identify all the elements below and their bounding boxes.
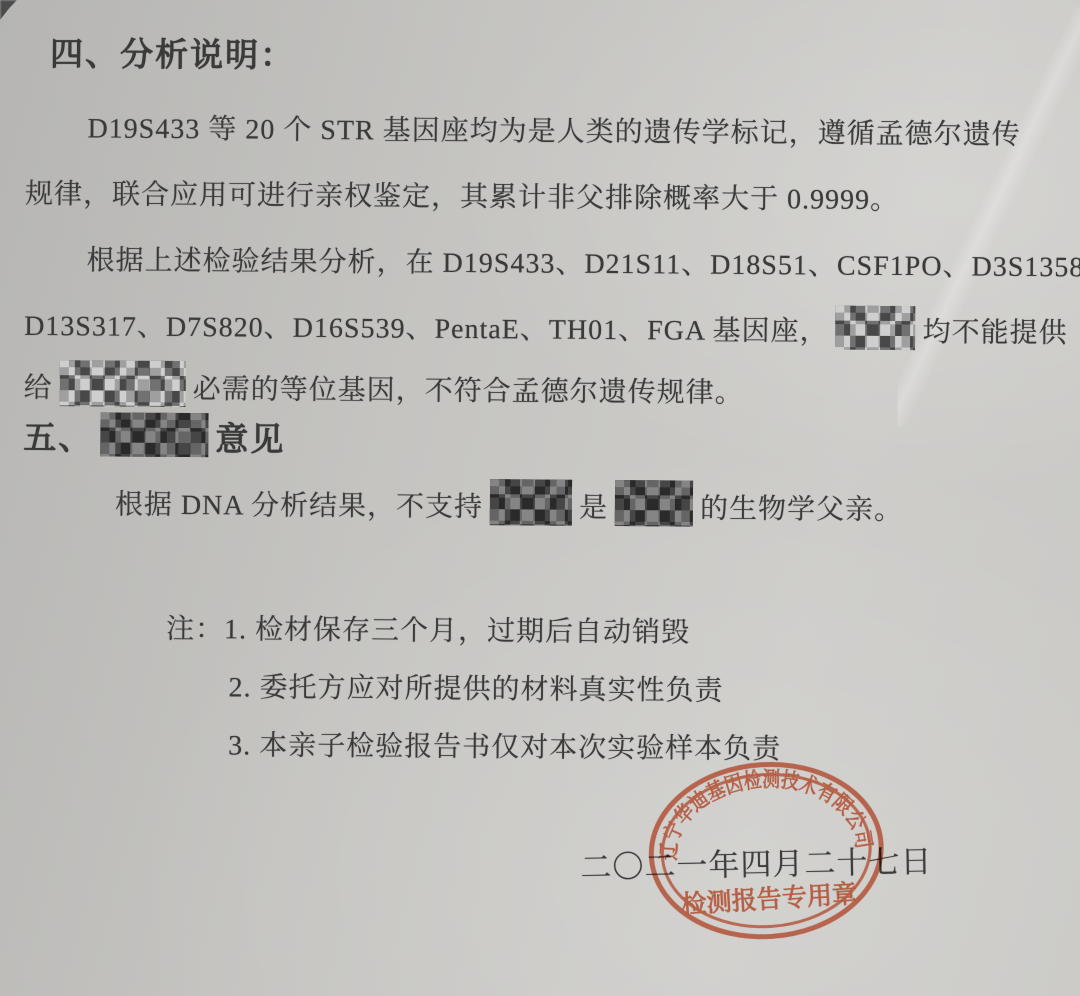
conclusion-text-after: 的生物学父亲。 — [700, 494, 903, 526]
paper-crease — [897, 6, 1080, 427]
stamp-arc-text: 辽宁华迪基因检测技术有限公司 — [652, 760, 876, 863]
conclusion-text: 根据 DNA 分析结果，不支持 — [115, 490, 483, 524]
note-line-2: 2. 委托方应对所提供的材料真实性负责 — [228, 665, 723, 708]
paragraph2-line1: 根据上述检验结果分析，在 D19S433、D21S11、D18S51、CSF1P… — [86, 238, 1080, 285]
redacted-word-pixelation — [100, 412, 208, 457]
section5-heading-word: 意见 — [215, 422, 285, 458]
stamp-bottom-text: 检测报告专用章 — [681, 879, 858, 919]
conclusion-text-mid: 是 — [579, 493, 608, 524]
paragraph2-line2: D13S317、D7S820、D16S539、PentaE、TH01、FGA 基… — [24, 300, 1068, 351]
section4-heading: 四、分析说明： — [50, 28, 295, 77]
paragraph2-line3: 给必需的等位基因，不符合孟德尔遗传规律。 — [24, 360, 744, 411]
paragraph2-line3-text: 给 — [24, 373, 53, 404]
conclusion-line: 根据 DNA 分析结果，不支持是的生物学父亲。 — [115, 477, 903, 529]
paragraph1-line1: D19S433 等 20 个 STR 基因座均为是人类的遗传学标记，遵循孟德尔遗… — [87, 106, 1020, 153]
redacted-name-pixelation — [835, 306, 915, 351]
paragraph2-line2-text-after: 均不能提供 — [922, 317, 1067, 349]
company-seal-stamp: 辽宁华迪基因检测技术有限公司 检测报告专用章 — [639, 747, 909, 961]
section5-heading-number: 五、 — [23, 421, 93, 457]
redacted-name-pixelation — [615, 480, 693, 527]
report-page: 四、分析说明： D19S433 等 20 个 STR 基因座均为是人类的遗传学标… — [0, 0, 1080, 996]
note-line-1: 注：1. 检材保存三个月，过期后自动销毁 — [166, 607, 690, 651]
section5-heading: 五、意见 — [23, 412, 285, 461]
redacted-name-pixelation — [60, 360, 186, 407]
redacted-name-pixelation — [490, 479, 572, 526]
paragraph2-line2-text: D13S317、D7S820、D16S539、PentaE、TH01、FGA 基… — [24, 311, 829, 348]
paragraph1-line2: 规律，联合应用可进行亲权鉴定，其累计非父排除概率大于 0.9999。 — [25, 172, 899, 218]
paragraph2-line3-text-after: 必需的等位基因，不符合孟德尔遗传规律。 — [193, 374, 744, 409]
